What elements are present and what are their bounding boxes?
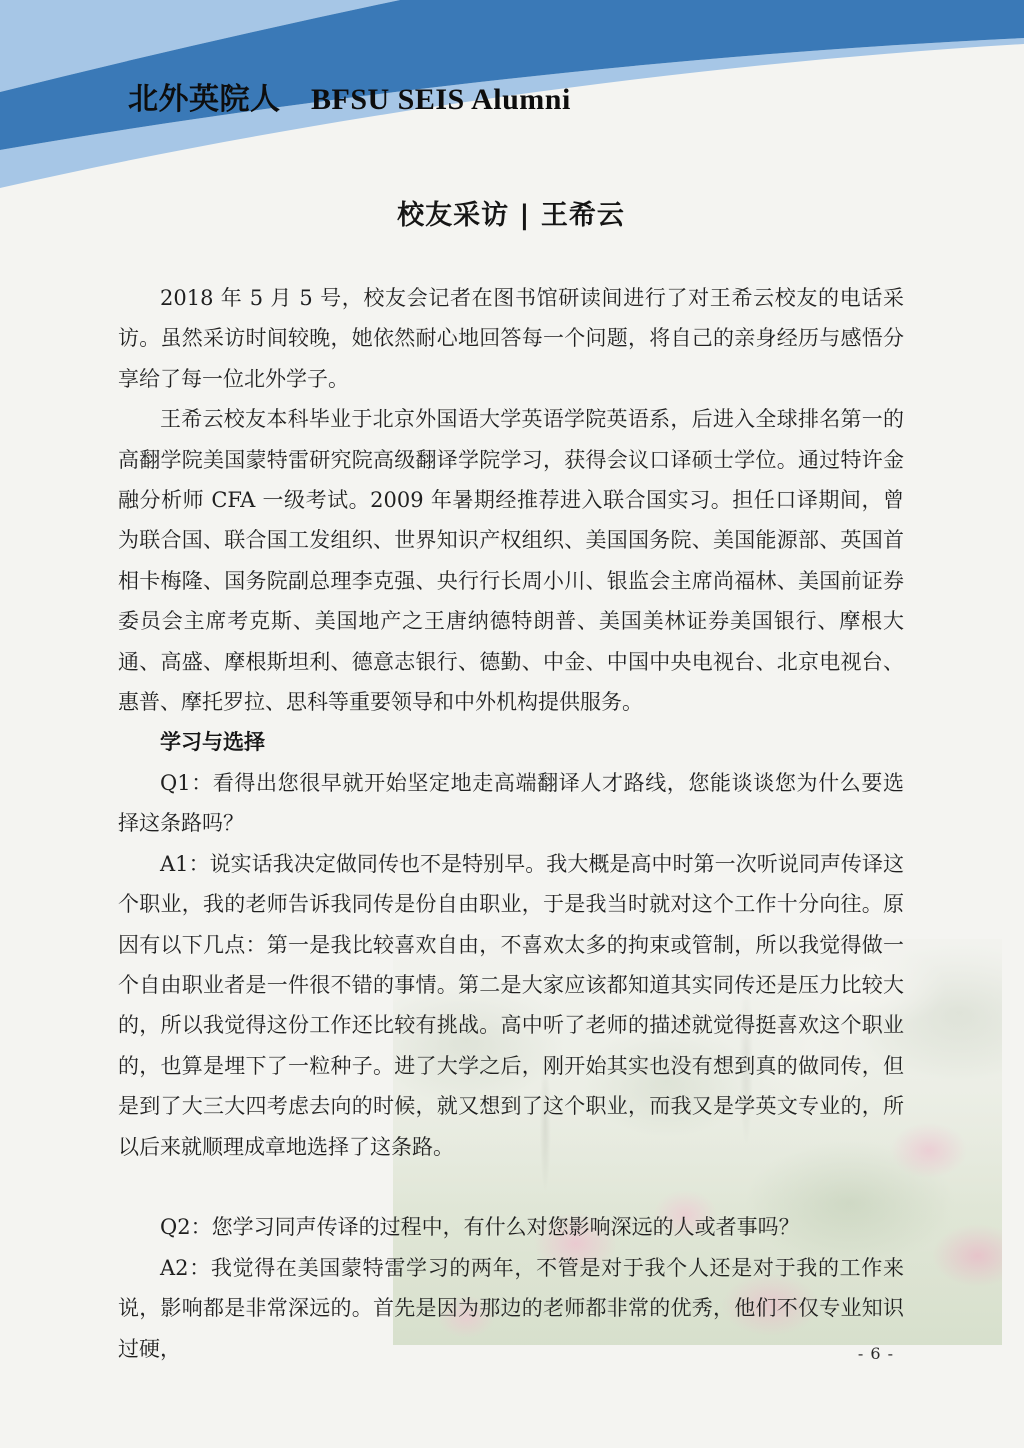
- newsletter-title: 北外英院人 BFSU SEIS Alumni: [128, 74, 571, 118]
- article-title: 校友采访 | 王希云: [118, 196, 904, 236]
- page-number: - 6 -: [858, 1344, 894, 1363]
- answer-2: A2：我觉得在美国蒙特雷学习的两年，不管是对于我个人还是对于我的工作来说，影响都…: [118, 1248, 904, 1369]
- paragraph-intro: 2018 年 5 月 5 号，校友会记者在图书馆研读间进行了对王希云校友的电话采…: [118, 278, 904, 399]
- section-heading: 学习与选择: [118, 722, 904, 762]
- document-page: 北外英院人 BFSU SEIS Alumni 校友采访 | 王希云 2018 年…: [0, 0, 1024, 1448]
- question-2: Q2：您学习同声传译的过程中，有什么对您影响深远的人或者事吗？: [118, 1207, 904, 1247]
- article: 校友采访 | 王希云 2018 年 5 月 5 号，校友会记者在图书馆研读间进行…: [118, 196, 904, 1369]
- paragraph-bio: 王希云校友本科毕业于北京外国语大学英语学院英语系，后进入全球排名第一的高翻学院美…: [118, 399, 904, 722]
- answer-1: A1：说实话我决定做同传也不是特别早。我大概是高中时第一次听说同声传译这个职业，…: [118, 844, 904, 1167]
- question-1: Q1：看得出您很早就开始坚定地走高端翻译人才路线，您能谈谈您为什么要选择这条路吗…: [118, 763, 904, 844]
